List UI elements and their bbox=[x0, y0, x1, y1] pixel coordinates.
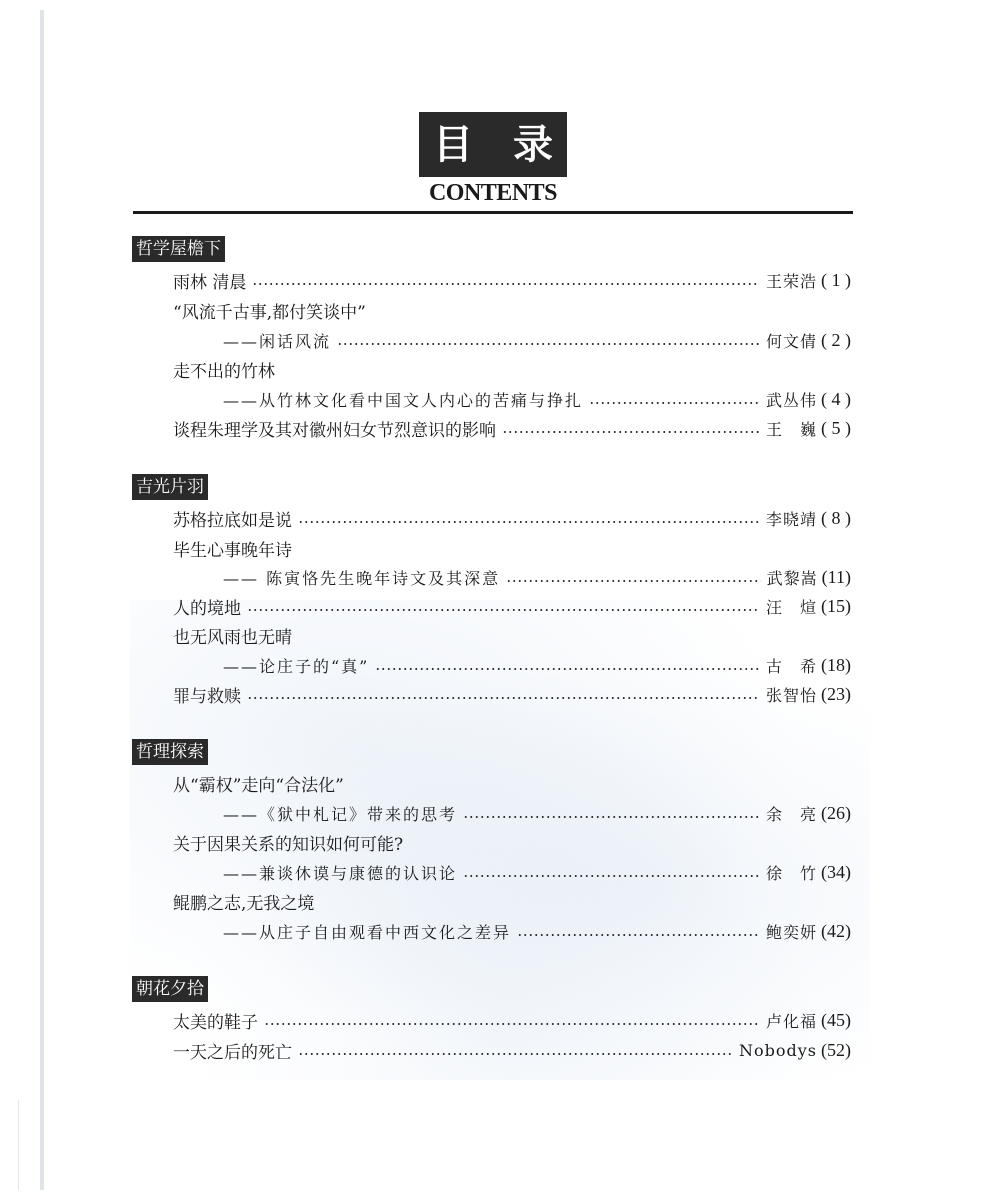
toc-entry[interactable]: 太美的鞋子 卢化福 (45) bbox=[173, 1006, 851, 1034]
toc-entry[interactable]: 谈程朱理学及其对徽州妇女节烈意识的影响 王 巍 ( 5 ) bbox=[173, 414, 851, 442]
entry-page: (23) bbox=[821, 684, 851, 705]
dot-leader bbox=[337, 343, 760, 345]
page-subtitle: CONTENTS bbox=[419, 180, 567, 207]
dot-leader bbox=[252, 283, 760, 285]
section-tag: 哲理探索 bbox=[132, 739, 208, 765]
entry-title: 关于因果关系的知识如何可能? bbox=[173, 830, 403, 855]
entry-subtitle: ——闲话风流 bbox=[173, 329, 331, 352]
toc-entry[interactable]: 鲲鹏之志,无我之境 bbox=[173, 887, 851, 915]
toc-entry[interactable]: 关于因果关系的知识如何可能? bbox=[173, 828, 851, 856]
toc-entry[interactable]: ——从庄子自由观看中西文化之差异 鲍奕妍 (42) bbox=[173, 917, 851, 945]
toc-entry[interactable]: 苏格拉底如是说 李晓靖 ( 8 ) bbox=[173, 504, 851, 532]
dot-leader bbox=[589, 402, 760, 404]
toc-entry[interactable]: “风流千古事,都付笑谈中” bbox=[173, 296, 851, 324]
dot-leader bbox=[264, 1023, 760, 1025]
toc-entry[interactable]: ——《狱中札记》带来的思考 余 亮 (26) bbox=[173, 799, 851, 827]
entry-author: 汪 煊 bbox=[766, 595, 817, 618]
page-edge-line bbox=[18, 1100, 19, 1190]
page-title-char-2: 录 bbox=[513, 125, 553, 165]
dot-leader bbox=[247, 697, 760, 699]
entry-author: 徐 竹 bbox=[766, 861, 817, 884]
toc-entry[interactable]: 从“霸权”走向“合法化” bbox=[173, 769, 851, 797]
entry-author: 卢化福 bbox=[766, 1009, 817, 1032]
entry-page: (34) bbox=[821, 862, 851, 883]
entry-title: 一天之后的死亡 bbox=[173, 1038, 292, 1063]
entry-page: (45) bbox=[821, 1010, 851, 1031]
page-title-box: 目 录 bbox=[419, 112, 567, 177]
entry-title: 鲲鹏之志,无我之境 bbox=[173, 889, 314, 914]
entry-subtitle: —— 陈寅恪先生晚年诗文及其深意 bbox=[173, 566, 500, 589]
entry-subtitle: ——《狱中札记》带来的思考 bbox=[173, 802, 457, 825]
dot-leader bbox=[298, 521, 760, 523]
toc-entry[interactable]: 罪与救赎 张智怡 (23) bbox=[173, 680, 851, 708]
entry-author: 武黎嵩 bbox=[767, 566, 818, 589]
entry-title: 毕生心事晚年诗 bbox=[173, 536, 292, 561]
entry-page: ( 4 ) bbox=[821, 389, 851, 410]
entry-page: (11) bbox=[822, 567, 851, 588]
entry-author: 鲍奕妍 bbox=[766, 920, 817, 943]
entry-page: ( 2 ) bbox=[821, 330, 851, 351]
entry-author: 余 亮 bbox=[766, 802, 817, 825]
entry-author: 武丛伟 bbox=[766, 388, 817, 411]
entry-title: “风流千古事,都付笑谈中” bbox=[173, 298, 366, 323]
section-tag: 哲学屋檐下 bbox=[132, 236, 225, 262]
entry-author: 张智怡 bbox=[766, 683, 817, 706]
entry-title: 罪与救赎 bbox=[173, 682, 241, 707]
entry-title: 太美的鞋子 bbox=[173, 1008, 258, 1033]
dot-leader bbox=[506, 580, 761, 582]
entry-page: ( 8 ) bbox=[821, 508, 851, 529]
entry-author: 古 希 bbox=[766, 654, 817, 677]
dot-leader bbox=[247, 609, 760, 611]
entry-title: 走不出的竹林 bbox=[173, 357, 275, 382]
dot-leader bbox=[463, 875, 760, 877]
toc-entry[interactable]: —— 陈寅恪先生晚年诗文及其深意 武黎嵩 (11) bbox=[173, 563, 851, 591]
toc-entry[interactable]: ——闲话风流 何文倩 ( 2 ) bbox=[173, 326, 851, 354]
dot-leader bbox=[517, 934, 760, 936]
entry-author: 王荣浩 bbox=[766, 269, 817, 292]
entry-page: (26) bbox=[821, 803, 851, 824]
dot-leader bbox=[375, 668, 760, 670]
dot-leader bbox=[502, 431, 760, 433]
header-divider bbox=[133, 211, 853, 214]
toc-entry[interactable]: 雨林 清晨 王荣浩 ( 1 ) bbox=[173, 266, 851, 294]
entry-title: 从“霸权”走向“合法化” bbox=[173, 771, 344, 796]
entry-page: (15) bbox=[821, 596, 851, 617]
toc-entry[interactable]: 走不出的竹林 bbox=[173, 355, 851, 383]
entry-title: 人的境地 bbox=[173, 594, 241, 619]
dot-leader bbox=[298, 1053, 733, 1055]
toc-entry[interactable]: ——兼谈休谟与康德的认识论 徐 竹 (34) bbox=[173, 858, 851, 886]
entry-page: (42) bbox=[821, 921, 851, 942]
entry-subtitle: ——从庄子自由观看中西文化之差异 bbox=[173, 920, 511, 943]
page-binding-edge bbox=[40, 10, 44, 1190]
toc-entry[interactable]: ——从竹林文化看中国文人内心的苦痛与挣扎 武丛伟 ( 4 ) bbox=[173, 385, 851, 413]
entry-page: ( 1 ) bbox=[821, 270, 851, 291]
section-tag: 吉光片羽 bbox=[132, 474, 208, 500]
entry-author: 何文倩 bbox=[766, 329, 817, 352]
toc-entry[interactable]: 人的境地 汪 煊 (15) bbox=[173, 592, 851, 620]
entry-author: Nobodys bbox=[739, 1041, 817, 1060]
entry-subtitle: ——兼谈休谟与康德的认识论 bbox=[173, 861, 457, 884]
toc-entry[interactable]: 一天之后的死亡 Nobodys (52) bbox=[173, 1036, 851, 1064]
entry-subtitle: ——从竹林文化看中国文人内心的苦痛与挣扎 bbox=[173, 388, 583, 411]
entry-subtitle: ——论庄子的“真” bbox=[173, 654, 369, 677]
dot-leader bbox=[463, 816, 760, 818]
entry-author: 王 巍 bbox=[766, 417, 817, 440]
entry-title: 也无风雨也无晴 bbox=[173, 623, 292, 648]
entry-page: (52) bbox=[821, 1040, 851, 1061]
entry-author: 李晓靖 bbox=[766, 507, 817, 530]
toc-entry[interactable]: 毕生心事晚年诗 bbox=[173, 534, 851, 562]
entry-title: 雨林 清晨 bbox=[173, 268, 246, 293]
toc-entry[interactable]: 也无风雨也无晴 bbox=[173, 621, 851, 649]
entry-page: ( 5 ) bbox=[821, 418, 851, 439]
toc-entry[interactable]: ——论庄子的“真” 古 希 (18) bbox=[173, 651, 851, 679]
page-title-char-1: 目 bbox=[433, 125, 473, 165]
entry-title: 苏格拉底如是说 bbox=[173, 506, 292, 531]
entry-page: (18) bbox=[821, 655, 851, 676]
entry-title: 谈程朱理学及其对徽州妇女节烈意识的影响 bbox=[173, 416, 496, 441]
section-tag: 朝花夕拾 bbox=[132, 976, 208, 1002]
